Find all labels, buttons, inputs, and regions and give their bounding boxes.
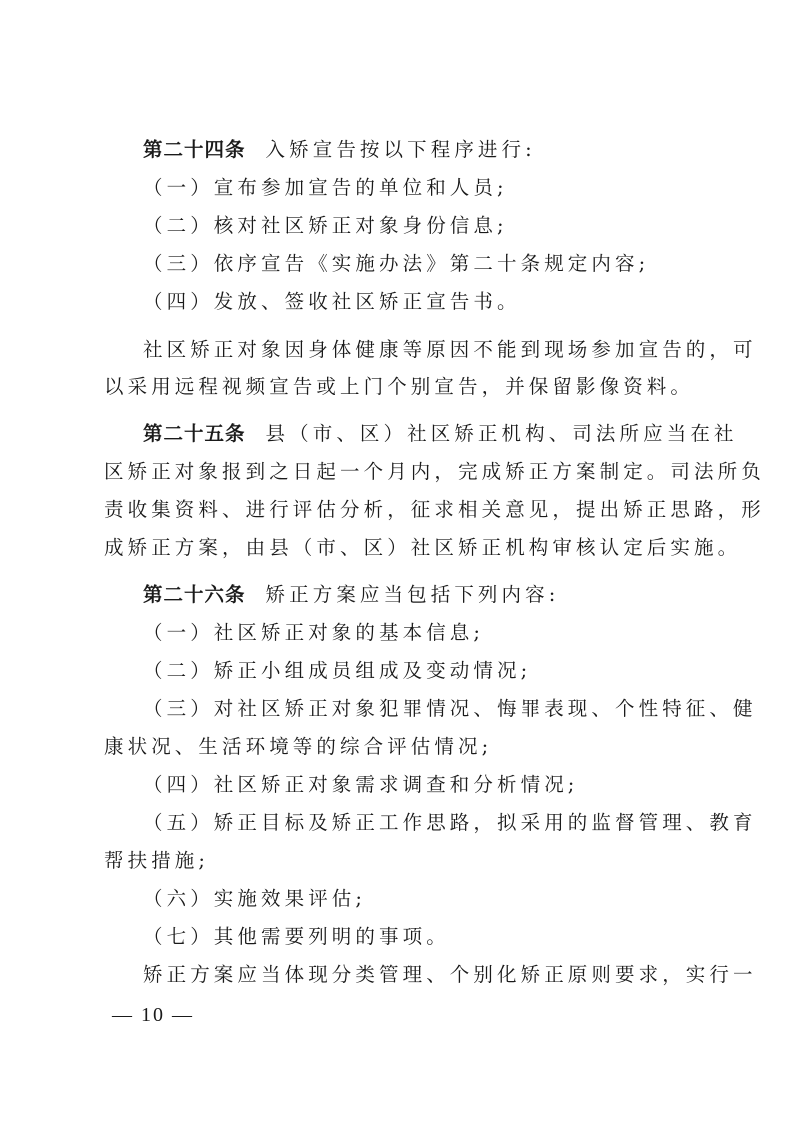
list-item: （一）社区矫正对象的基本信息;	[143, 621, 733, 645]
list-item-continuation: 帮扶措施;	[104, 849, 694, 873]
page-number: — 10 —	[112, 1004, 194, 1027]
list-item: （三）依序宣告《实施办法》第二十条规定内容;	[143, 252, 733, 276]
article-26-line: 第二十六条矫正方案应当包括下列内容:	[143, 583, 733, 607]
paragraph-line: 矫正方案应当体现分类管理、个别化矫正原则要求，实行一	[143, 963, 733, 987]
list-item: （一）宣布参加宣告的单位和人员;	[143, 176, 733, 200]
list-item: （五）矫正目标及矫正工作思路，拟采用的监督管理、教育	[143, 811, 733, 835]
paragraph-line: 责收集资料、进行评估分析，征求相关意见，提出矫正思路，形	[104, 498, 694, 522]
article-24-line: 第二十四条入矫宣告按以下程序进行:	[143, 138, 733, 162]
paragraph-line: 区矫正对象报到之日起一个月内，完成矫正方案制定。司法所负	[104, 460, 694, 484]
article-heading: 第二十四条	[143, 138, 246, 161]
list-item: （二）矫正小组成员组成及变动情况;	[143, 659, 733, 683]
article-text: 矫正方案应当包括下列内容:	[266, 583, 560, 606]
article-text: 县（市、区）社区矫正机构、司法所应当在社	[266, 422, 738, 445]
paragraph-line: 成矫正方案，由县（市、区）社区矫正机构审核认定后实施。	[104, 536, 694, 560]
list-item: （三）对社区矫正对象犯罪情况、悔罪表现、个性特征、健	[143, 697, 733, 721]
article-heading: 第二十六条	[143, 583, 246, 606]
list-item: （六）实施效果评估;	[143, 887, 733, 911]
article-text: 入矫宣告按以下程序进行:	[266, 138, 536, 161]
article-25-line: 第二十五条县（市、区）社区矫正机构、司法所应当在社	[143, 422, 733, 446]
list-item: （七）其他需要列明的事项。	[143, 925, 733, 949]
paragraph-line: 以采用远程视频宣告或上门个别宣告，并保留影像资料。	[104, 375, 694, 399]
article-heading: 第二十五条	[143, 422, 246, 445]
document-page: 第二十四条入矫宣告按以下程序进行: （一）宣布参加宣告的单位和人员; （二）核对…	[0, 0, 793, 1122]
list-item: （二）核对社区矫正对象身份信息;	[143, 214, 733, 238]
list-item-continuation: 康状况、生活环境等的综合评估情况;	[104, 735, 694, 759]
list-item: （四）发放、签收社区矫正宣告书。	[143, 290, 733, 314]
list-item: （四）社区矫正对象需求调查和分析情况;	[143, 773, 733, 797]
paragraph-line: 社区矫正对象因身体健康等原因不能到现场参加宣告的，可	[143, 338, 733, 362]
